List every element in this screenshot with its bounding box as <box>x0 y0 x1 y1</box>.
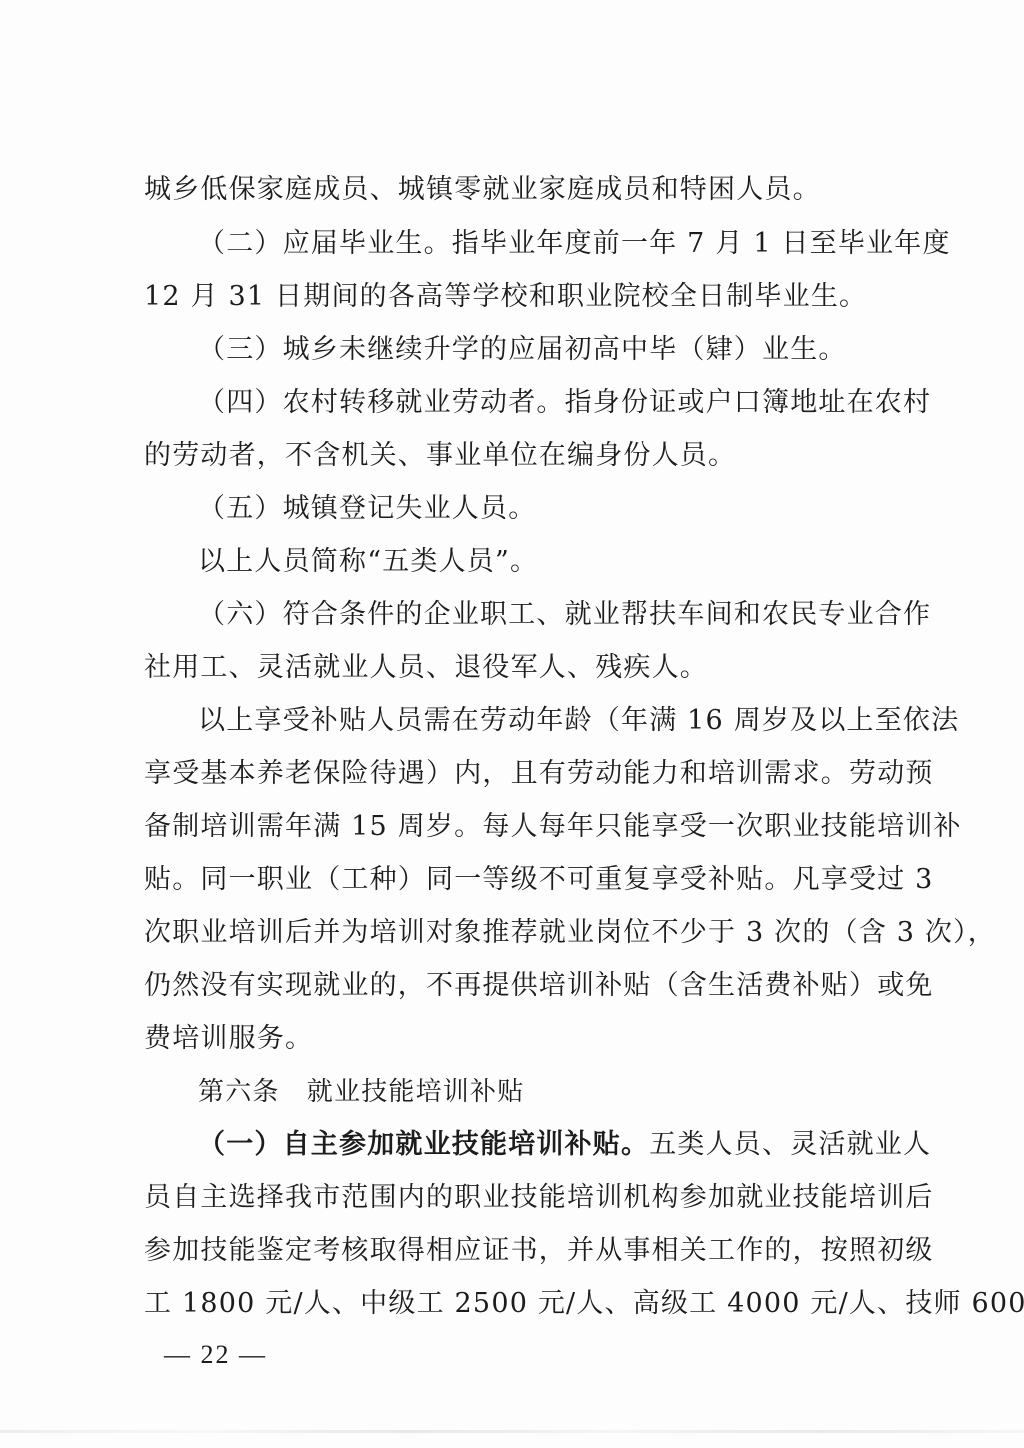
subsidy-item-1-line-2: 员自主选择我市范围内的职业技能培训机构参加就业技能培训后 <box>144 1180 920 1216</box>
item-4-line-1: （四）农村转移就业劳动者。指身份证或户口簿地址在农村 <box>198 385 916 421</box>
eligibility-line-5: 次职业培训后并为培训对象推荐就业岗位不少于 3 次的（含 3 次）， <box>144 915 920 951</box>
item-2-line-2: 12 月 31 日期间的各高等学校和职业院校全日制毕业生。 <box>144 279 924 315</box>
subsidy-item-1-line-1: （一）自主参加就业技能培训补贴。 五类人员、灵活就业人 <box>198 1127 916 1163</box>
eligibility-line-3: 备制培训需年满 15 周岁。每人每年只能享受一次职业技能培训补 <box>144 809 920 845</box>
document-page: 城乡低保家庭成员、城镇零就业家庭成员和特困人员。 （二）应届毕业生。指毕业年度前… <box>0 0 1024 1448</box>
five-categories-note: 以上人员简称“五类人员”。 <box>198 544 978 580</box>
eligibility-line-4: 贴。同一职业（工种）同一等级不可重复享受补贴。凡享受过 3 <box>144 862 920 898</box>
item-2-line-1: （二）应届毕业生。指毕业年度前一年 7 月 1 日至毕业年度 <box>198 226 916 262</box>
eligibility-line-6: 仍然没有实现就业的，不再提供培训补贴（含生活费补贴）或免 <box>144 968 920 1004</box>
subsidy-item-1-line-4: 工 1800 元/人、中级工 2500 元/人、高级工 4000 元/人、技师 … <box>144 1286 920 1322</box>
item-5-line: （五）城镇登记失业人员。 <box>198 491 978 527</box>
page-number: — 22 — <box>164 1340 267 1370</box>
item-6-line-2: 社用工、灵活就业人员、退役军人、残疾人。 <box>144 650 924 686</box>
article-6-heading: 第六条 就业技能培训补贴 <box>198 1074 978 1110</box>
item-4-line-2: 的劳动者，不含机关、事业单位在编身份人员。 <box>144 438 924 474</box>
paragraph-line: 城乡低保家庭成员、城镇零就业家庭成员和特困人员。 <box>144 172 924 208</box>
subsidy-item-1-text: 五类人员、灵活就业人 <box>649 1127 931 1163</box>
eligibility-line-7: 费培训服务。 <box>144 1021 924 1057</box>
scan-artifact-divider <box>0 1430 1024 1433</box>
subsidy-item-1-line-3: 参加技能鉴定考核取得相应证书，并从事相关工作的，按照初级 <box>144 1233 920 1269</box>
subsidy-item-1-title: （一）自主参加就业技能培训补贴。 <box>198 1127 649 1163</box>
eligibility-line-2: 享受基本养老保险待遇）内，且有劳动能力和培训需求。劳动预 <box>144 756 920 792</box>
eligibility-line-1: 以上享受补贴人员需在劳动年龄（年满 16 周岁及以上至依法 <box>198 703 916 739</box>
item-6-line-1: （六）符合条件的企业职工、就业帮扶车间和农民专业合作 <box>198 597 916 633</box>
item-3-line: （三）城乡未继续升学的应届初高中毕（肄）业生。 <box>198 332 978 368</box>
